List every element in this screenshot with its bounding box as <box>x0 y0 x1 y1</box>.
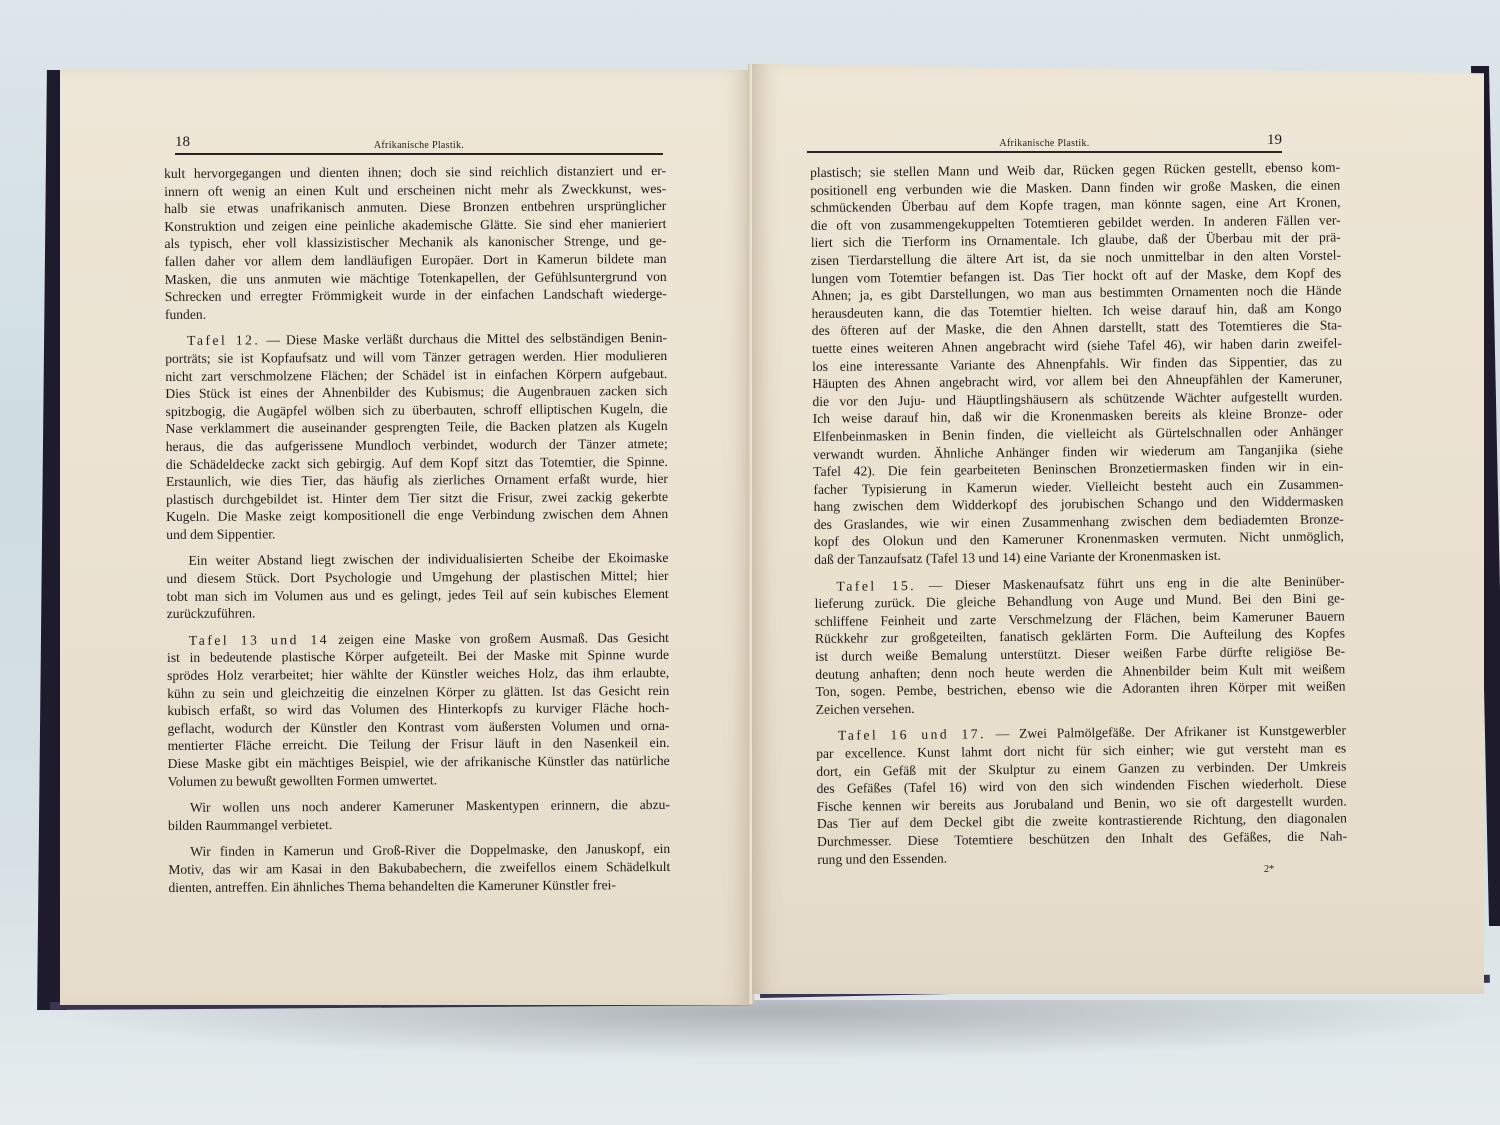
text-line: funden. <box>165 303 667 324</box>
signature-mark: 2* <box>1264 864 1274 875</box>
left-page: 18 Afrikanische Plastik. 18 kult hervorg… <box>60 70 752 1005</box>
paragraph: Wir wollen uns noch anderer Kameruner Ma… <box>168 796 670 834</box>
text-line: Diese Maske gibt ein mächtiges Beispiel,… <box>168 752 670 773</box>
plate-reference: Tafel 15. <box>836 578 916 594</box>
paragraph: plastisch; sie stellen Mann und Weib dar… <box>810 158 1344 568</box>
text-line: bilden Raummangel verbietet. <box>168 814 670 835</box>
plate-reference: Tafel 13 und 14 <box>189 632 329 648</box>
left-page-body: kult hervorgegangen und dienten ihnen; d… <box>164 162 671 905</box>
paragraph: kult hervorgegangen und dienten ihnen; d… <box>164 162 667 323</box>
text-line: dienten, antreffen. Ein ähnliches Thema … <box>168 875 670 896</box>
right-page-header: 19 Afrikanische Plastik. 19 <box>807 132 1282 153</box>
text-line: zurückzuführen. <box>167 602 669 623</box>
right-page-body: plastisch; sie stellen Mann und Weib dar… <box>810 158 1347 877</box>
left-page-header: 18 Afrikanische Plastik. 18 <box>175 134 663 155</box>
book-shadow <box>40 1000 1500 1060</box>
page-number: 18 <box>175 134 190 151</box>
text-line: Volumen zu bewußt gewollten Formen umwer… <box>168 770 670 791</box>
paragraph: Tafel 15. — Dieser Maskenaufsatz führt u… <box>814 572 1345 718</box>
paragraph: Wir finden in Kamerun und Groß-River die… <box>168 840 670 896</box>
page-number: 19 <box>1267 132 1282 149</box>
paragraph: Ein weiter Abstand liegt zwischen der in… <box>166 549 668 622</box>
plate-reference: Tafel 16 und 17. <box>838 727 986 744</box>
plate-reference: Tafel 12. <box>187 333 260 348</box>
paragraph: Tafel 13 und 14 zeigen eine Maske von gr… <box>167 629 670 790</box>
text-line: Wir wollen uns noch anderer Kameruner Ma… <box>168 796 670 817</box>
text-line: und dem Sippentier. <box>166 523 668 544</box>
right-page: 19 Afrikanische Plastik. 19 plastisch; s… <box>752 64 1484 994</box>
text-line: Schrecken und erregter Frömmigkeit wurde… <box>165 285 667 306</box>
running-title: Afrikanische Plastik. <box>822 138 1267 149</box>
text-line: tobt man sich im Volumen aus und es geli… <box>167 585 669 606</box>
paragraph: Tafel 12. — Diese Maske verläßt durchaus… <box>165 329 668 543</box>
text-line: Kugeln. Die Maske zeigt kompositionell d… <box>166 505 668 526</box>
paragraph: Tafel 16 und 17. — Zwei Palmölgefäße. De… <box>816 722 1347 868</box>
running-title: Afrikanische Plastik. <box>190 140 648 151</box>
